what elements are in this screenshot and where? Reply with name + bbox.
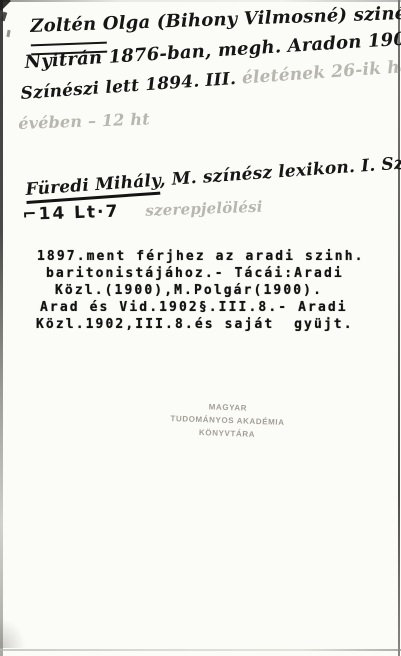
typed-line: 1897.ment férjhez az aradi szinh.: [37, 249, 365, 264]
ink-mark: [6, 30, 10, 37]
person-name: Zoltén Olga: [30, 12, 151, 37]
scan-smudge: [0, 618, 26, 648]
person-name-detail: (Bihony Vilmosné) szinész, szül.: [150, 0, 401, 33]
scan-edge-bottom: [0, 649, 401, 651]
handwritten-reference-line: Füredi Mihály, M. színész lexikon. I. Sz…: [25, 153, 401, 200]
typed-line: Arad és Vid.1902§.III.8.- Aradi: [40, 300, 348, 315]
reference-title: , M. színész lexikon. I. Sz.,: [159, 153, 401, 191]
corner-notch: [0, 0, 11, 11]
scan-edge-top: [0, 0, 401, 2]
scan-edge-left: [0, 0, 3, 656]
handwritten-pencil-line: évében – 12 ht: [18, 109, 150, 133]
typed-line: Közl.1902,III.8.és saját gyüjt.: [36, 317, 354, 332]
reference-author: Füredi Mihály: [25, 171, 160, 204]
scan-edge-right: [398, 0, 400, 656]
shelfmark-pencil-note: szerepjelölési: [145, 198, 263, 220]
library-stamp: MAGYAR TUDOMÁNYOS AKADÉMIA KÖNYVTÁRA: [159, 399, 295, 443]
typed-line: baritonistájához.- Tácái:Aradi: [46, 266, 344, 281]
index-card-scan: Zoltén Olga (Bihony Vilmosné) szinész, s…: [0, 0, 401, 656]
career-ink-note: Színészi lett 1894. III.: [20, 69, 237, 104]
typed-line: Közl.(1900),M.Polgár(1900).: [55, 283, 323, 298]
shelfmark: ⌐14 Lt·7: [22, 202, 120, 225]
